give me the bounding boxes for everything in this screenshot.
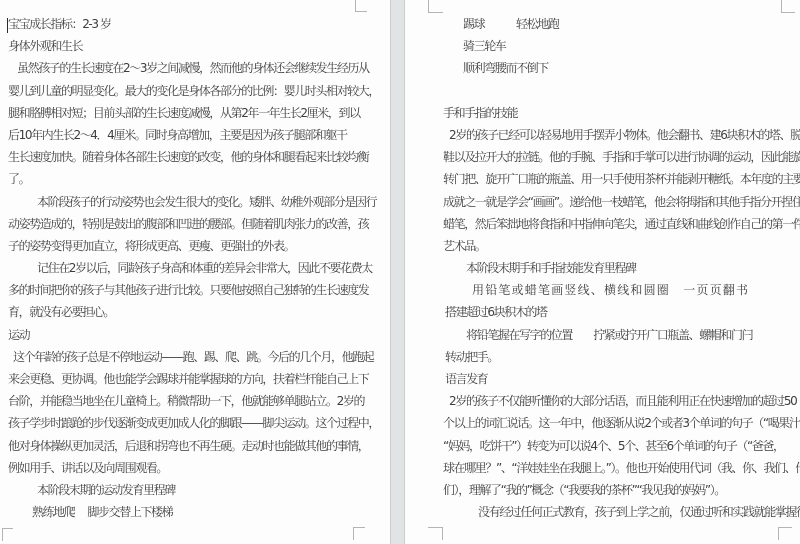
text-line[interactable]: 顺利弯腰而不倒下 — [443, 57, 800, 79]
text-line[interactable]: 来会更稳、更协调。他也能学会踢球并能掌握球的方向，扶着栏杆能自己上下 — [8, 368, 379, 390]
text-line[interactable]: 艺术品。 — [443, 235, 800, 257]
left-page-text: 宝宝成长指标：2-3 岁身体外观和生长虽然孩子的生长速度在2～3岁之间减慢，然而… — [8, 13, 379, 523]
text-line[interactable]: 本阶段孩子的行动姿势也会发生很大的变化。矮胖、幼稚外观部分是因行 — [8, 191, 379, 213]
text-line[interactable]: 个以上的词汇说话。这一年中，他逐渐从说2个或者3个单词的句子（“喝果汁”、 — [443, 412, 800, 434]
text-line[interactable]: 动姿势造成的，特别是鼓出的腹部和凹进的腰部。但随着肌肉张力的改善，孩 — [8, 213, 379, 235]
text-line[interactable]: 后10年内生长2～4．4厘米。同时身高增加，主要是因为孩子腿部和躯干 — [8, 124, 379, 146]
page-right[interactable]: 踢球 轻松地跑骑三轮车顺利弯腰而不倒下 手和手指的技能2岁的孩子已经可以轻易地用… — [405, 0, 800, 544]
text-boundary-mark — [2, 528, 13, 541]
text-line[interactable]: “妈妈，吃饼干”）转变为可以说4个、5个、甚至6个单词的句子（“爸爸， — [443, 435, 800, 457]
text-line[interactable]: 多的时间把你的孩子与其他孩子进行比较。只要他按照自己独特的生长速度发 — [8, 279, 379, 301]
text-line[interactable]: 宝宝成长指标：2-3 岁 — [8, 13, 379, 35]
text-line[interactable]: 记住在2岁以后，同龄孩子身高和体重的差异会非常大，因此不要花费太 — [8, 257, 379, 279]
text-boundary-mark — [778, 527, 792, 540]
text-line[interactable]: 子的姿势变得更加直立，将形成更高、更瘦、更强壮的外表。 — [8, 235, 379, 257]
text-line[interactable]: 运动 — [8, 324, 379, 346]
text-line[interactable]: 台阶，并能稳当地坐在儿童椅上。稍微帮助一下，他就能够单腿站立。2岁的 — [8, 390, 379, 412]
text-line[interactable]: 成就之一就是学会“画画”。递给他一枝蜡笔，他会将拇指和其他手指分开捏住 — [443, 191, 800, 213]
text-line[interactable]: 鞋以及拉开大的拉链。他的手腕、手指和手掌可以进行协调的运动，因此能旋 — [443, 146, 800, 168]
text-boundary-mark — [781, 0, 795, 13]
text-line[interactable]: 例如用手、讲话以及向周围观看。 — [8, 457, 379, 479]
text-boundary-mark — [355, 0, 367, 12]
text-line[interactable]: 用铅笔或蜡笔画竖线、横线和圆圈 一页页翻书 — [443, 279, 800, 301]
text-line[interactable]: 婴儿到儿童的明显变化。最大的变化是身体各部分的比例：婴儿时头相对较大， — [8, 80, 379, 102]
text-line[interactable]: 本阶段末期手和手指技能发育里程碑 — [443, 257, 800, 279]
text-line[interactable]: 身体外观和生长 — [8, 35, 379, 57]
text-line[interactable]: 育，就没有必要担心。 — [8, 301, 379, 323]
text-line[interactable]: 将铅笔握在写字的位置 拧紧或拧开广口瓶盖、螺帽和门闩 — [443, 324, 800, 346]
text-line[interactable]: 虽然孩子的生长速度在2～3岁之间减慢，然而他的身体还会继续发生经历从 — [8, 57, 379, 79]
text-boundary-mark — [353, 527, 365, 540]
text-boundary-mark — [428, 527, 443, 540]
page-left[interactable]: 宝宝成长指标：2-3 岁身体外观和生长虽然孩子的生长速度在2～3岁之间减慢，然而… — [0, 0, 390, 544]
text-line[interactable]: 这个年龄的孩子总是不停地运动——跑、踢、爬、跳。今后的几个月，他跑起 — [8, 346, 379, 368]
text-line[interactable]: 语言发育 — [443, 368, 800, 390]
text-line[interactable]: 本阶段末期的运动发育里程碑 — [8, 479, 379, 501]
text-line[interactable]: 没有经过任何正式教育，孩子到上学之前，仅通过听和实践就能掌握很多 — [443, 501, 800, 523]
text-line[interactable]: 腿和胳膊相对短；目前头部的生长速度减慢，从第2年一年生长2厘米，到以 — [8, 102, 379, 124]
text-line[interactable]: 转动把手。 — [443, 346, 800, 368]
text-line[interactable]: 蜡笔，然后笨拙地将食指和中指伸向笔尖，通过直线和曲线创作自己的第一件 — [443, 213, 800, 235]
text-line[interactable]: 骑三轮车 — [443, 35, 800, 57]
text-line[interactable]: 生长速度加快。随着身体各部生长速度的改变，他的身体和腿看起来比较均衡 — [8, 146, 379, 168]
text-line[interactable]: 踢球 轻松地跑 — [443, 13, 800, 35]
text-line[interactable]: 熟练地爬 脚步交替上下楼梯 — [8, 501, 379, 523]
page-gap — [390, 0, 405, 544]
text-line[interactable]: 2岁的孩子已经可以轻易地用手摆弄小物体。他会翻书、建6块积木的塔、脱 — [443, 124, 800, 146]
text-line[interactable]: 2岁的孩子不仅能听懂你的大部分话语，而且能利用正在快速增加的超过50 — [443, 390, 800, 412]
text-line[interactable] — [443, 80, 800, 102]
text-line[interactable]: 手和手指的技能 — [443, 102, 800, 124]
text-line[interactable]: 们），理解了“我的”概念（“我要我的茶杯”“我见我的妈妈”）。 — [443, 479, 800, 501]
text-line[interactable]: 了。 — [8, 168, 379, 190]
text-line[interactable]: 他对身体操纵更加灵活，后退和拐弯也不再生硬。走动时也能做其他的事情， — [8, 435, 379, 457]
text-line[interactable]: 孩子学步时踉跄的步伐逐渐变成更加成人化的脚跟——脚尖运动。这个过程中， — [8, 412, 379, 434]
right-page-text: 踢球 轻松地跑骑三轮车顺利弯腰而不倒下 手和手指的技能2岁的孩子已经可以轻易地用… — [443, 13, 800, 523]
text-line[interactable]: 球在哪里？”、“洋娃娃坐在我腿上。”）。他也开始使用代词（我、你、我们、他 — [443, 457, 800, 479]
text-line[interactable]: 搭建超过6块积木的塔 — [443, 301, 800, 323]
document-canvas: 宝宝成长指标：2-3 岁身体外观和生长虽然孩子的生长速度在2～3岁之间减慢，然而… — [0, 0, 800, 544]
text-line[interactable]: 转门把、旋开广口瓶的瓶盖、用一只手使用茶杯并能剥开糖纸。本年度的主要 — [443, 168, 800, 190]
text-boundary-mark — [428, 0, 443, 13]
